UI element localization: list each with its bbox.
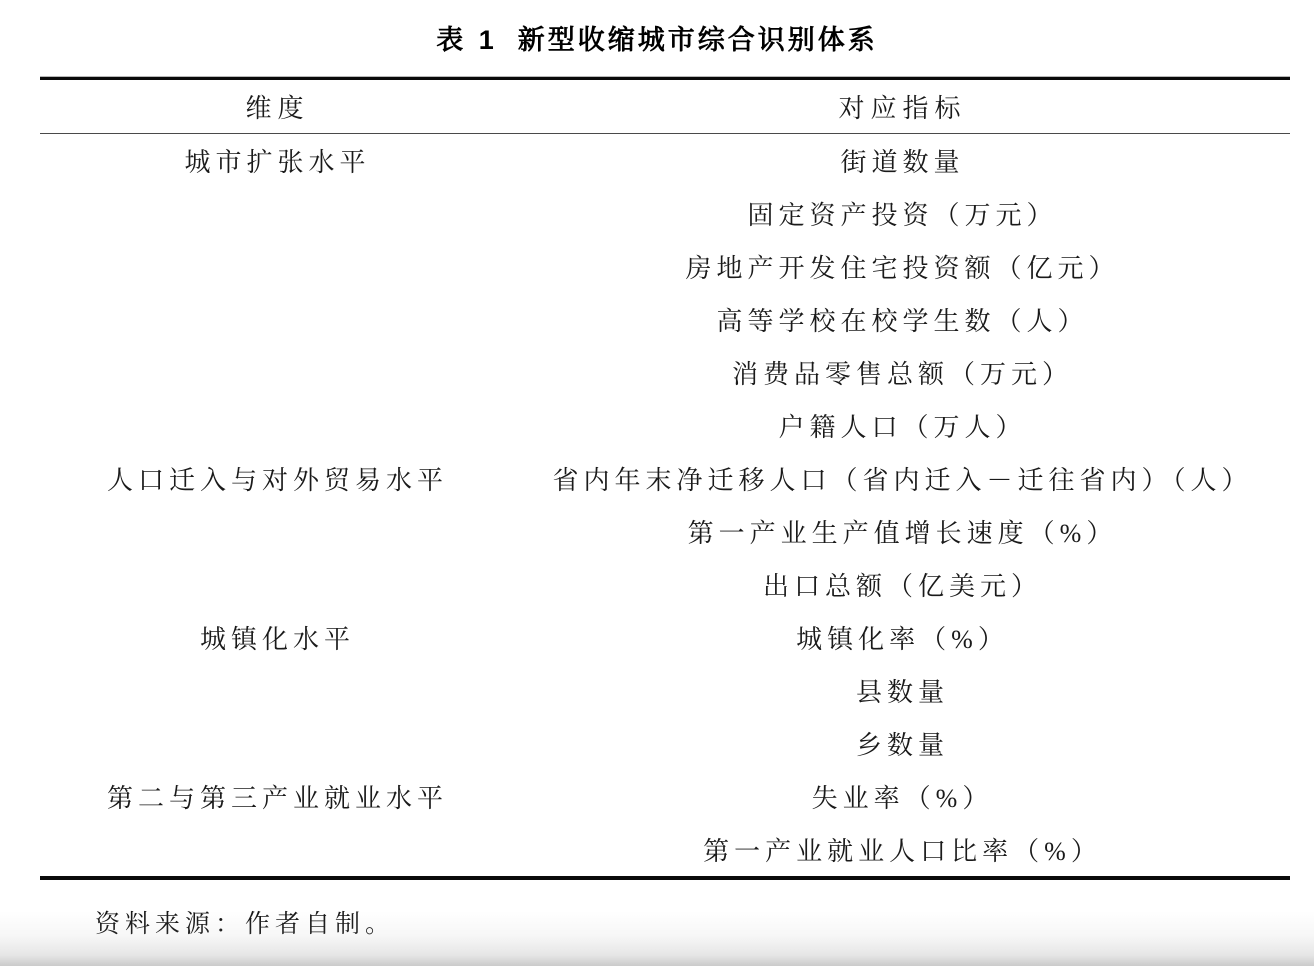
dimension-cell — [40, 505, 515, 558]
table-row: 城镇化水平 城镇化率（%） — [40, 611, 1290, 664]
table-title-text: 新型收缩城市综合识别体系 — [518, 25, 878, 55]
identification-table-wrapper: 维度 对应指标 城市扩张水平 街道数量 固定资产投资（万元） 房地产开发住宅投资… — [40, 76, 1290, 880]
table-row: 房地产开发住宅投资额（亿元） — [40, 240, 1290, 293]
indicator-cell: 固定资产投资（万元） — [515, 187, 1290, 240]
indicator-cell: 户籍人口（万人） — [515, 399, 1290, 452]
table-title: 表 1新型收缩城市综合识别体系 — [0, 22, 1314, 58]
indicator-cell: 第一产业就业人口比率（%） — [515, 823, 1290, 878]
dimension-cell: 第二与第三产业就业水平 — [40, 770, 515, 823]
source-note: 资料来源：作者自制。 — [95, 904, 1314, 940]
dimension-cell: 城市扩张水平 — [40, 134, 515, 188]
indicator-cell: 城镇化率（%） — [515, 611, 1290, 664]
table-row: 人口迁入与对外贸易水平 省内年末净迁移人口（省内迁入－迁往省内）（人） — [40, 452, 1290, 505]
header-row: 维度 对应指标 — [40, 79, 1290, 134]
indicator-cell: 第一产业生产值增长速度（%） — [515, 505, 1290, 558]
indicator-column-header: 对应指标 — [515, 79, 1290, 134]
dimension-cell — [40, 240, 515, 293]
indicator-cell: 街道数量 — [515, 134, 1290, 188]
table-row: 第二与第三产业就业水平 失业率（%） — [40, 770, 1290, 823]
table-row: 第一产业就业人口比率（%） — [40, 823, 1290, 878]
dimension-column-header: 维度 — [40, 79, 515, 134]
table-row: 县数量 — [40, 664, 1290, 717]
dimension-cell — [40, 664, 515, 717]
indicator-cell: 出口总额（亿美元） — [515, 558, 1290, 611]
table-row: 消费品零售总额（万元） — [40, 346, 1290, 399]
identification-table: 维度 对应指标 城市扩张水平 街道数量 固定资产投资（万元） 房地产开发住宅投资… — [40, 77, 1290, 880]
dimension-cell — [40, 717, 515, 770]
table-row: 城市扩张水平 街道数量 — [40, 134, 1290, 188]
indicator-cell: 房地产开发住宅投资额（亿元） — [515, 240, 1290, 293]
table-row: 乡数量 — [40, 717, 1290, 770]
indicator-cell: 县数量 — [515, 664, 1290, 717]
table-row: 固定资产投资（万元） — [40, 187, 1290, 240]
dimension-cell: 城镇化水平 — [40, 611, 515, 664]
table-row: 高等学校在校学生数（人） — [40, 293, 1290, 346]
indicator-cell: 乡数量 — [515, 717, 1290, 770]
dimension-cell — [40, 346, 515, 399]
table-number: 表 1 — [436, 25, 498, 55]
dimension-cell — [40, 823, 515, 878]
dimension-cell — [40, 399, 515, 452]
table-row: 户籍人口（万人） — [40, 399, 1290, 452]
dimension-cell: 人口迁入与对外贸易水平 — [40, 452, 515, 505]
dimension-cell — [40, 558, 515, 611]
table-row: 第一产业生产值增长速度（%） — [40, 505, 1290, 558]
indicator-cell: 消费品零售总额（万元） — [515, 346, 1290, 399]
table-row: 出口总额（亿美元） — [40, 558, 1290, 611]
indicator-cell: 失业率（%） — [515, 770, 1290, 823]
dimension-cell — [40, 187, 515, 240]
indicator-cell: 高等学校在校学生数（人） — [515, 293, 1290, 346]
indicator-cell: 省内年末净迁移人口（省内迁入－迁往省内）（人） — [515, 452, 1290, 505]
dimension-cell — [40, 293, 515, 346]
